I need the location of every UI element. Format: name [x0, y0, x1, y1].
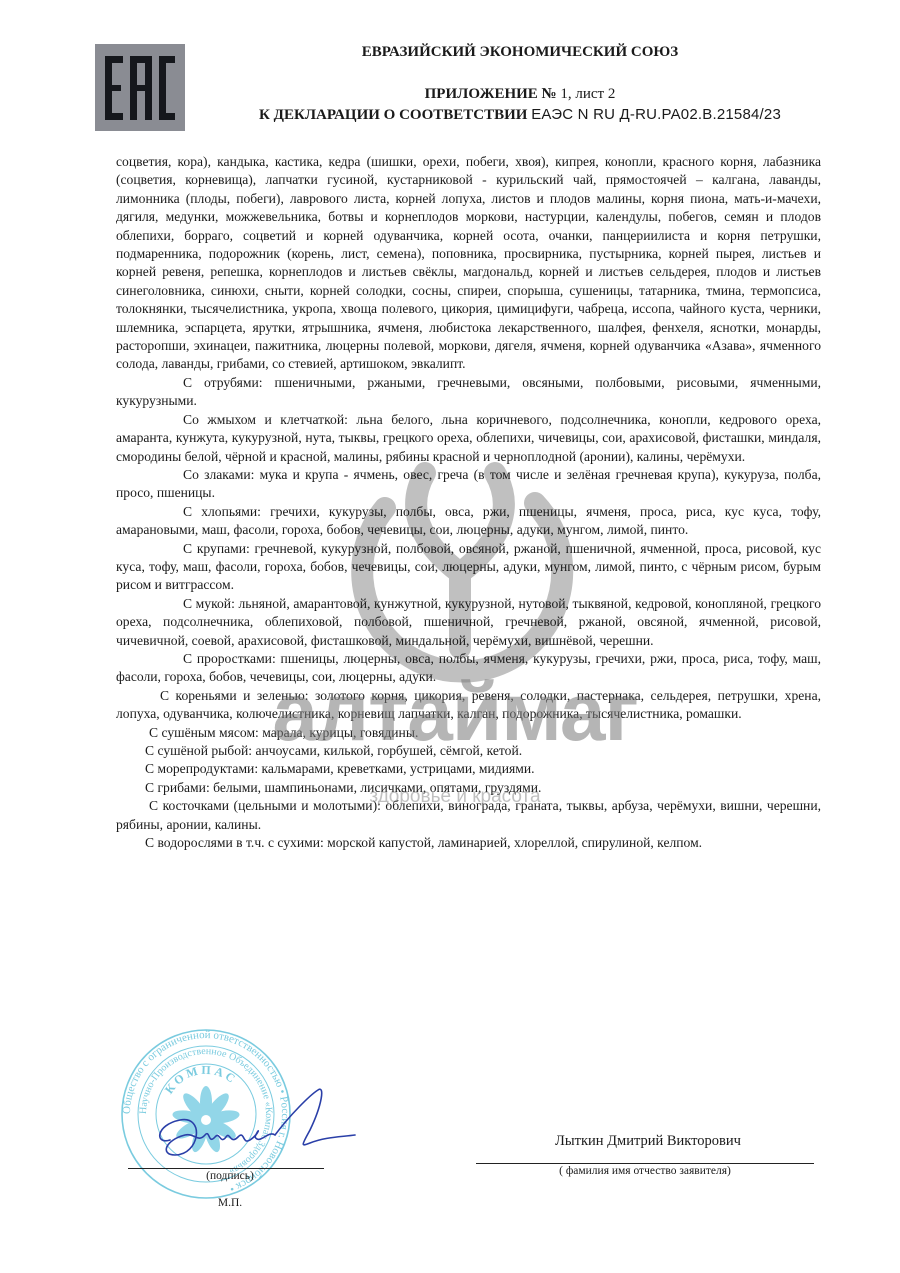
paragraph-bran: С отрубями: пшеничными, ржаными, гречнев… — [116, 374, 821, 411]
seal-caption: М.П. — [195, 1197, 265, 1209]
applicant-caption: ( фамилия имя отчество заявителя) — [476, 1165, 814, 1177]
handwritten-signature — [150, 1085, 360, 1165]
paragraph-roots-greens: С кореньями и зеленью: золотого корня, ц… — [116, 687, 821, 724]
paragraph-groats: С крупами: гречневой, кукурузной, полбов… — [116, 540, 821, 595]
paragraph-herbs-list: соцветия, кора), кандыка, кастика, кедра… — [116, 153, 821, 374]
paragraph-seafood: С морепродуктами: кальмарами, креветками… — [116, 760, 821, 778]
union-title: ЕВРАЗИЙСКИЙ ЭКОНОМИЧЕСКИЙ СОЮЗ — [200, 44, 840, 61]
declaration-prefix: К ДЕКЛАРАЦИИ О СООТВЕТСТВИИ — [259, 107, 531, 123]
paragraph-oilcake-fiber: Со жмыхом и клетчаткой: льна белого, льн… — [116, 411, 821, 466]
applicant-name: Лыткин Дмитрий Викторович — [480, 1133, 816, 1150]
paragraph-seeds: С косточками (цельными и молотыми): обле… — [116, 797, 821, 834]
annex-sheet: 1, лист 2 — [560, 86, 615, 102]
declaration-number: ЕАЭС N RU Д-RU.PA02.B.21584/23 — [531, 106, 781, 123]
annex-title: ПРИЛОЖЕНИЕ № 1, лист 2 — [200, 86, 840, 103]
paragraph-sprouts: С проростками: пшеницы, люцерны, овса, п… — [116, 650, 821, 687]
paragraph-cereals: Со злаками: мука и крупа - ячмень, овес,… — [116, 466, 821, 503]
eac-logo — [95, 44, 185, 131]
signature-caption: (подпись) — [190, 1170, 270, 1182]
paragraph-flour: С мукой: льняной, амарантовой, кунжутной… — [116, 595, 821, 650]
document-body: соцветия, кора), кандыка, кастика, кедра… — [116, 153, 821, 852]
annex-label: ПРИЛОЖЕНИЕ № — [425, 86, 561, 102]
signature-line — [128, 1168, 324, 1169]
paragraph-flakes: С хлопьями: гречихи, кукурузы, полбы, ов… — [116, 503, 821, 540]
paragraph-seaweed: С водорослями в т.ч. с сухими: морской к… — [116, 834, 821, 852]
paragraph-mushrooms: С грибами: белыми, шампиньонами, лисичка… — [116, 779, 821, 797]
eac-mark-icon — [103, 53, 177, 123]
applicant-name-line — [476, 1163, 814, 1164]
paragraph-dried-fish: С сушёной рыбой: анчоусами, килькой, гор… — [116, 742, 821, 760]
paragraph-dried-meat: С сушёным мясом: марала, курицы, говядин… — [116, 724, 821, 742]
declaration-title: К ДЕКЛАРАЦИИ О СООТВЕТСТВИИ ЕАЭС N RU Д-… — [200, 106, 840, 124]
